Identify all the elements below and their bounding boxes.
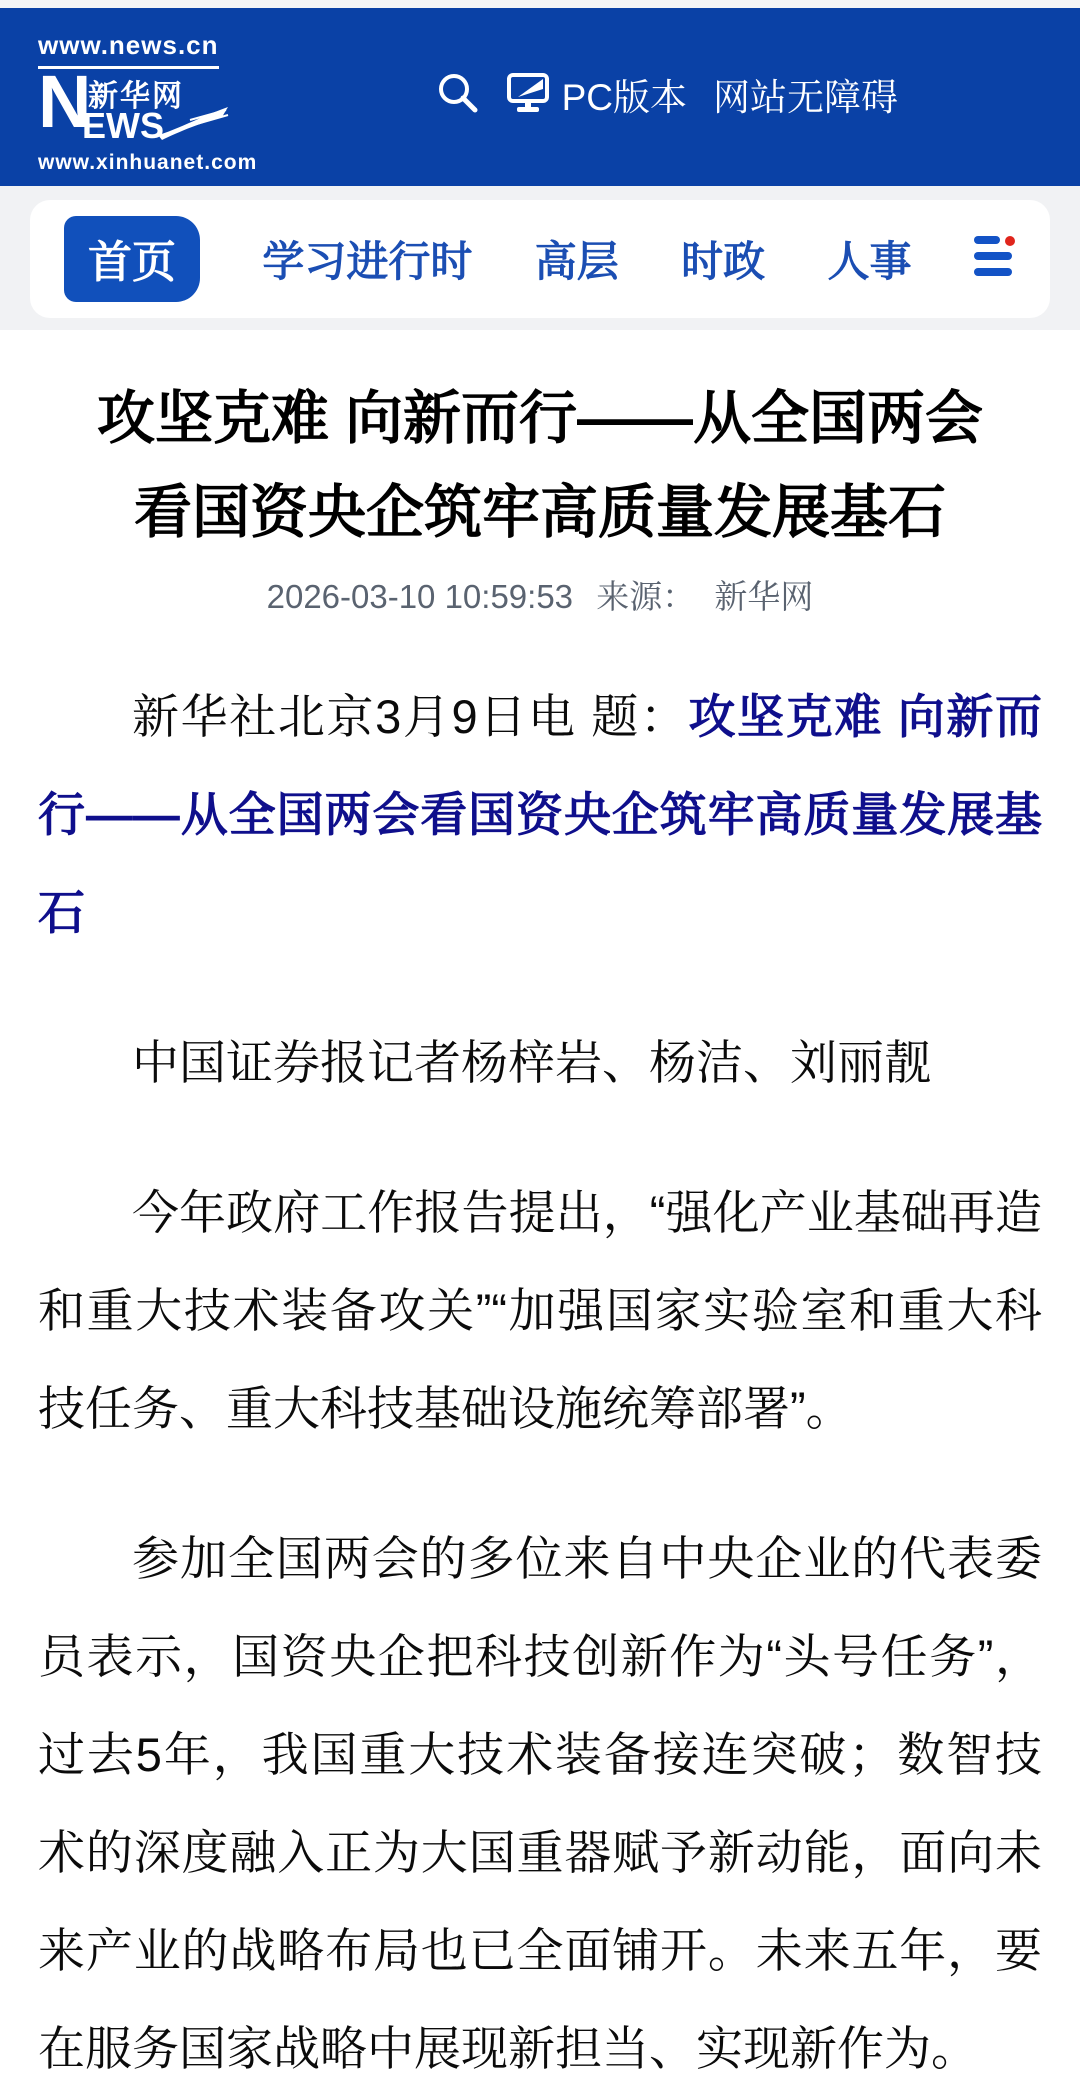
publish-datetime: 2026-03-10 10:59:53 [267, 578, 573, 615]
pc-version-label: PC版本 [562, 79, 687, 116]
paragraph-lead-plain: 新华社北京3月9日电 题： [132, 690, 689, 743]
accessibility-label: 网站无障碍 [713, 79, 898, 116]
xinhuanet-logo[interactable]: www.news.cn N 新华网 EWS www.xinhuanet.com [38, 30, 238, 166]
pc-version-button[interactable]: PC版本 [506, 72, 687, 123]
nav-bar: 首页 学习进行时 高层 时政 人事 [30, 200, 1050, 318]
logo-art: N 新华网 EWS [38, 71, 238, 147]
accessibility-button[interactable]: 网站无障碍 [713, 79, 898, 116]
header-utilities: PC版本 网站无障碍 [436, 8, 898, 186]
paragraph-report: 今年政府工作报告提出，“强化产业基础再造和重大技术装备攻关”“加强国家实验室和重… [38, 1164, 1042, 1458]
source-name: 新华网 [714, 578, 813, 615]
source-label: 来源： [596, 578, 695, 615]
article: 攻坚克难 向新而行——从全国两会 看国资央企筑牢高质量发展基石 2026-03-… [0, 330, 1080, 2096]
nav-tab-renshi[interactable]: 人事 [828, 229, 912, 289]
menu-bar [974, 236, 1000, 244]
nav-tab-home[interactable]: 首页 [64, 216, 200, 302]
paragraph-lead: 新华社北京3月9日电 题：攻坚克难 向新而行——从全国两会看国资央企筑牢高质量发… [38, 668, 1042, 962]
search-icon [436, 71, 480, 124]
menu-red-dot [1005, 236, 1015, 246]
article-dateline: 2026-03-10 10:59:53 来源： 新华网 [38, 576, 1042, 618]
paragraph-delegates: 参加全国两会的多位来自中央企业的代表委员表示，国资央企把科技创新作为“头号任务”… [38, 1510, 1042, 2096]
nav-tab-shizheng[interactable]: 时政 [681, 229, 765, 289]
article-title-line2: 看国资央企筑牢高质量发展基石 [38, 466, 1042, 560]
article-title-line1: 攻坚克难 向新而行——从全国两会 [38, 372, 1042, 466]
logo-letters-ews: EWS [82, 105, 164, 147]
top-strip [0, 0, 1080, 8]
page: www.news.cn N 新华网 EWS www.xinhuanet.com [0, 0, 1080, 2096]
menu-bar [974, 268, 1012, 276]
menu-icon[interactable] [974, 236, 1016, 282]
monitor-icon [506, 72, 552, 123]
site-header: www.news.cn N 新华网 EWS www.xinhuanet.com [0, 8, 1080, 186]
paragraph-reporters: 中国证券报记者杨梓岩、杨洁、刘丽靓 [38, 1014, 1042, 1112]
nav-band: 首页 学习进行时 高层 时政 人事 [0, 186, 1080, 330]
brush-swoosh-icon [156, 105, 232, 146]
article-body: 新华社北京3月9日电 题：攻坚克难 向新而行——从全国两会看国资央企筑牢高质量发… [38, 668, 1042, 2096]
logo-url-bottom: www.xinhuanet.com [38, 151, 238, 175]
nav-tab-xuexi[interactable]: 学习进行时 [262, 229, 472, 289]
search-button[interactable] [436, 71, 480, 124]
article-title: 攻坚克难 向新而行——从全国两会 看国资央企筑牢高质量发展基石 [38, 372, 1042, 560]
nav-tab-gaoceng[interactable]: 高层 [535, 229, 619, 289]
menu-bar [974, 252, 1012, 260]
